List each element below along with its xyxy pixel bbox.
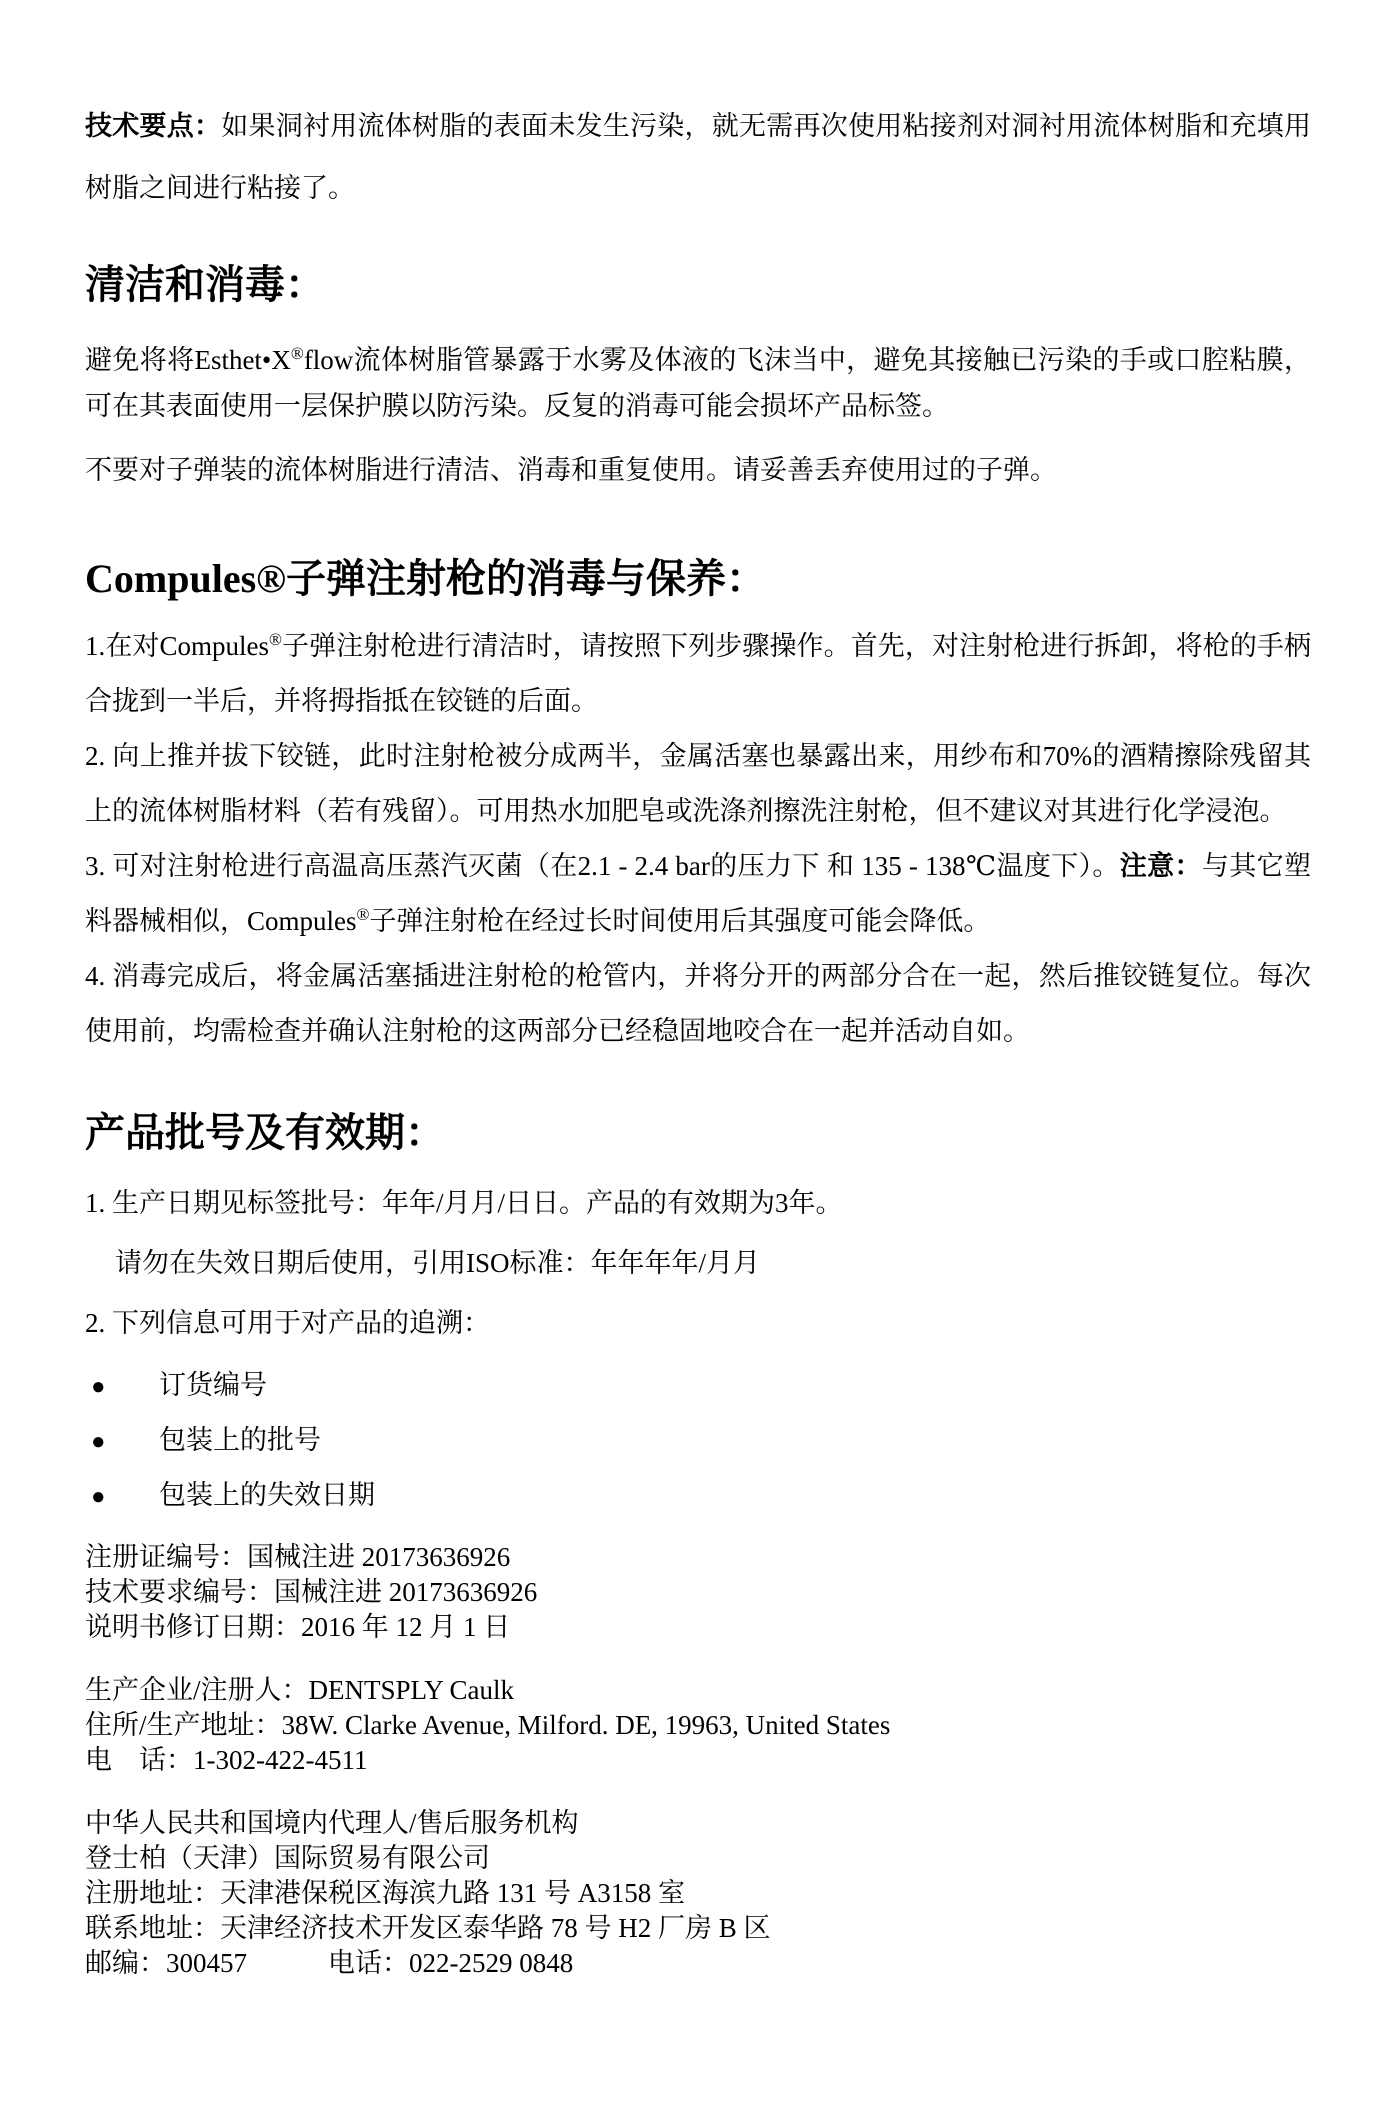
bullet-icon: ● xyxy=(85,1361,159,1414)
gun-care-step-1-pre: 1.在对Compules xyxy=(85,631,269,661)
batch-items: 1. 生产日期见标签批号：年年/月月/日日。产品的有效期为3年。 请勿在失效日期… xyxy=(85,1173,1311,1353)
registration-line: 技术要求编号：国械注进 20173636926 xyxy=(85,1575,1311,1610)
agent-line: 邮编：300457 电话：022-2529 0848 xyxy=(85,1946,1311,1981)
cleaning-paragraph-1-pre: 避免将将Esthet•X xyxy=(85,345,291,375)
manufacturer-line: 生产企业/注册人：DENTSPLY Caulk xyxy=(85,1673,1311,1708)
registered-trademark-icon: ® xyxy=(357,905,370,924)
agent-line: 中华人民共和国境内代理人/售后服务机构 xyxy=(85,1806,1311,1841)
list-item: ●包装上的失效日期 xyxy=(85,1469,1311,1524)
manufacturer-block: 生产企业/注册人：DENTSPLY Caulk 住所/生产地址：38W. Cla… xyxy=(85,1673,1311,1778)
registered-trademark-icon: ® xyxy=(256,556,286,601)
agent-line: 登士柏（天津）国际贸易有限公司 xyxy=(85,1841,1311,1876)
gun-care-step-3: 3. 可对注射枪进行高温高压蒸汽灭菌（在2.1 - 2.4 bar的压力下 和 … xyxy=(85,839,1311,949)
gun-care-heading-latin: Compules xyxy=(85,556,256,601)
gun-care-step-4: 4. 消毒完成后，将金属活塞插进注射枪的枪管内，并将分开的两部分合在一起，然后推… xyxy=(85,949,1311,1059)
bullet-icon: ● xyxy=(85,1471,159,1524)
registered-trademark-icon: ® xyxy=(291,344,304,363)
registered-trademark-icon: ® xyxy=(269,630,282,649)
gun-care-step-3-post: 子弹注射枪在经过长时间使用后其强度可能会降低。 xyxy=(369,906,990,936)
list-item: ●订货编号 xyxy=(85,1359,1311,1414)
list-item-label: 订货编号 xyxy=(159,1359,267,1412)
gun-care-step-3-pre: 3. 可对注射枪进行高温高压蒸汽灭菌（在2.1 - 2.4 bar的压力下 和 … xyxy=(85,851,1120,881)
cleaning-paragraph-2: 不要对子弹装的流体树脂进行清洁、消毒和重复使用。请妥善丢弃使用过的子弹。 xyxy=(85,447,1311,493)
agent-line: 注册地址：天津港保税区海滨九路 131 号 A3158 室 xyxy=(85,1876,1311,1911)
list-item-label: 包装上的失效日期 xyxy=(159,1469,375,1522)
batch-item-2: 2. 下列信息可用于对产品的追溯： xyxy=(85,1293,1311,1353)
china-agent-block: 中华人民共和国境内代理人/售后服务机构 登士柏（天津）国际贸易有限公司 注册地址… xyxy=(85,1806,1311,1981)
agent-line: 联系地址：天津经济技术开发区泰华路 78 号 H2 厂房 B 区 xyxy=(85,1911,1311,1946)
manufacturer-line: 住所/生产地址：38W. Clarke Avenue, Milford. DE,… xyxy=(85,1708,1311,1743)
bullet-icon: ● xyxy=(85,1416,159,1469)
gun-care-steps: 1.在对Compules®子弹注射枪进行清洁时，请按照下列步骤操作。首先，对注射… xyxy=(85,619,1311,1059)
tech-note-label: 技术要点： xyxy=(85,111,221,141)
gun-care-step-1: 1.在对Compules®子弹注射枪进行清洁时，请按照下列步骤操作。首先，对注射… xyxy=(85,619,1311,729)
tech-note-text: 如果洞衬用流体树脂的表面未发生污染，就无需再次使用粘接剂对洞衬用流体树脂和充填用… xyxy=(85,111,1311,203)
manufacturer-line: 电 话：1-302-422-4511 xyxy=(85,1743,1311,1778)
gun-care-step-2: 2. 向上推并拔下铰链，此时注射枪被分成两半，金属活塞也暴露出来，用纱布和70%… xyxy=(85,729,1311,839)
cleaning-paragraph-1: 避免将将Esthet•X®flow流体树脂管暴露于水雾及体液的飞沫当中，避免其接… xyxy=(85,337,1311,429)
list-item-label: 包装上的批号 xyxy=(159,1414,321,1467)
section-heading-gun-care: Compules®子弹注射枪的消毒与保养： xyxy=(85,555,1311,603)
section-heading-batch: 产品批号及有效期： xyxy=(85,1109,1311,1157)
gun-care-step-3-notice-label: 注意： xyxy=(1120,851,1202,881)
registration-line: 说明书修订日期：2016 年 12 月 1 日 xyxy=(85,1610,1311,1645)
list-item: ●包装上的批号 xyxy=(85,1414,1311,1469)
registration-line: 注册证编号：国械注进 20173636926 xyxy=(85,1540,1311,1575)
tech-note-paragraph: 技术要点：如果洞衬用流体树脂的表面未发生污染，就无需再次使用粘接剂对洞衬用流体树… xyxy=(85,95,1311,219)
batch-item-1: 1. 生产日期见标签批号：年年/月月/日日。产品的有效期为3年。 xyxy=(85,1173,1311,1233)
gun-care-heading-zh: 子弹注射枪的消毒与保养： xyxy=(286,556,766,601)
section-heading-cleaning: 清洁和消毒： xyxy=(85,261,1311,309)
batch-item-1b: 请勿在失效日期后使用，引用ISO标准：年年年年/月月 xyxy=(85,1233,1311,1293)
document-page: 技术要点：如果洞衬用流体树脂的表面未发生污染，就无需再次使用粘接剂对洞衬用流体树… xyxy=(0,0,1396,2105)
traceability-list: ●订货编号 ●包装上的批号 ●包装上的失效日期 xyxy=(85,1359,1311,1524)
registration-block: 注册证编号：国械注进 20173636926 技术要求编号：国械注进 20173… xyxy=(85,1540,1311,1645)
